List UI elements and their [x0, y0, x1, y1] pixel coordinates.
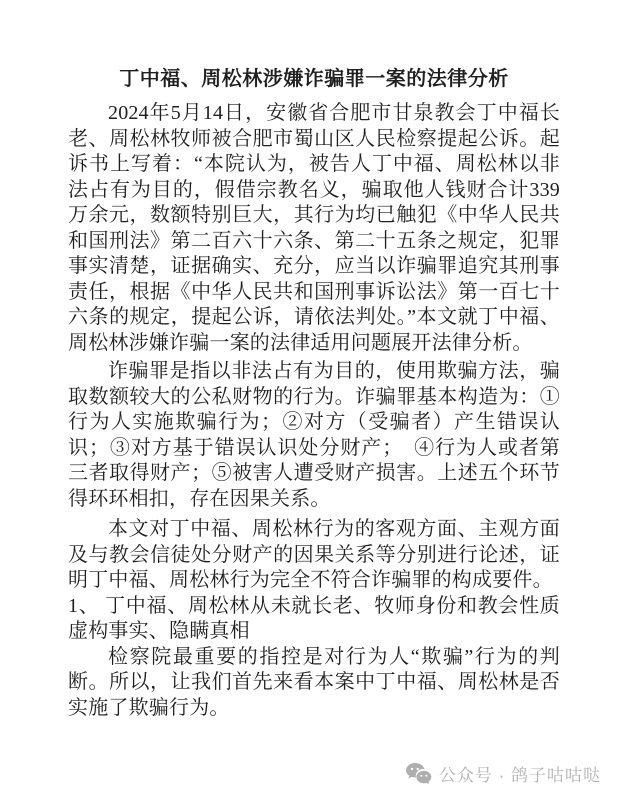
- watermark: 公众号 · 鸽子咕咕哒: [405, 761, 601, 786]
- watermark-text: 公众号 · 鸽子咕咕哒: [439, 761, 601, 786]
- paragraph-thesis: 本文对丁中福、周松林行为的客观方面、主观方面及与教会信徒处分财产的因果关系等分别…: [68, 517, 560, 594]
- document-page: 丁中福、周松林涉嫌诈骗罪一案的法律分析 2024年5月14日，安徽省合肥市甘泉教…: [0, 0, 617, 800]
- wechat-icon: [405, 762, 432, 785]
- paragraph-prosecution-claim: 检察院最重要的指控是对行为人“欺骗”行为的判断。所以，让我们首先来看本案中丁中福…: [68, 645, 560, 722]
- paragraph-fraud-definition: 诈骗罪是指以非法占有为目的，使用欺骗方法，骗取数额较大的公私财物的行为。诈骗罪基…: [68, 359, 560, 512]
- paragraph-indictment: 2024年5月14日，安徽省合肥市甘泉教会丁中福长老、周松林牧师被合肥市蜀山区人…: [68, 101, 560, 356]
- page-title: 丁中福、周松林涉嫌诈骗罪一案的法律分析: [68, 66, 560, 92]
- section-heading-1: 1、 丁中福、周松林从未就长老、牧师身份和教会性质虚构事实、隐瞒真相: [68, 594, 560, 645]
